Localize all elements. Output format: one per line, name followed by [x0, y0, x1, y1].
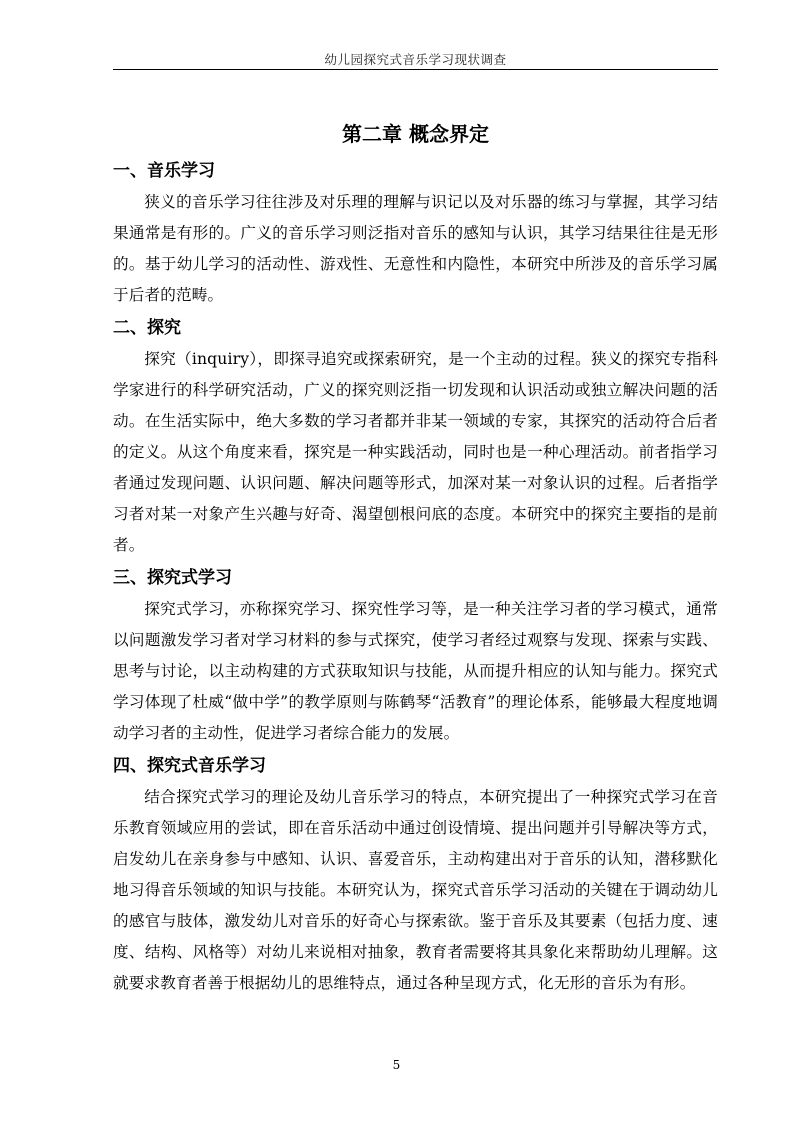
section-music-learning: 一、音乐学习 狭义的音乐学习往往涉及对乐理的理解与识记以及对乐器的练习与掌握，其…: [113, 156, 718, 311]
header-divider: [113, 69, 718, 70]
running-header: 幼儿园探究式音乐学习现状调查: [113, 50, 718, 68]
section-inquiry-music-learning: 四、探究式音乐学习 结合探究式学习的理论及幼儿音乐学习的特点，本研究提出了一种探…: [113, 751, 718, 999]
section-heading: 二、探究: [113, 313, 718, 344]
section-heading: 四、探究式音乐学习: [113, 751, 718, 782]
section-inquiry-learning: 三、探究式学习 探究式学习，亦称探究学习、探究性学习等，是一种关注学习者的学习模…: [113, 563, 718, 749]
section-paragraph: 狭义的音乐学习往往涉及对乐理的理解与识记以及对乐器的练习与掌握，其学习结果通常是…: [113, 187, 718, 311]
page-content: 第二章 概念界定 一、音乐学习 狭义的音乐学习往往涉及对乐理的理解与识记以及对乐…: [113, 118, 718, 999]
section-heading: 三、探究式学习: [113, 563, 718, 594]
chapter-title: 第二章 概念界定: [113, 118, 718, 150]
section-inquiry: 二、探究 探究（inquiry），即探寻追究或探索研究，是一个主动的过程。狭义的…: [113, 313, 718, 561]
section-paragraph: 结合探究式学习的理论及幼儿音乐学习的特点，本研究提出了一种探究式学习在音乐教育领…: [113, 782, 718, 999]
section-heading: 一、音乐学习: [113, 156, 718, 187]
section-paragraph: 探究（inquiry），即探寻追究或探索研究，是一个主动的过程。狭义的探究专指科…: [113, 344, 718, 561]
section-paragraph: 探究式学习，亦称探究学习、探究性学习等，是一种关注学习者的学习模式，通常以问题激…: [113, 594, 718, 749]
page-number: 5: [0, 1058, 793, 1072]
